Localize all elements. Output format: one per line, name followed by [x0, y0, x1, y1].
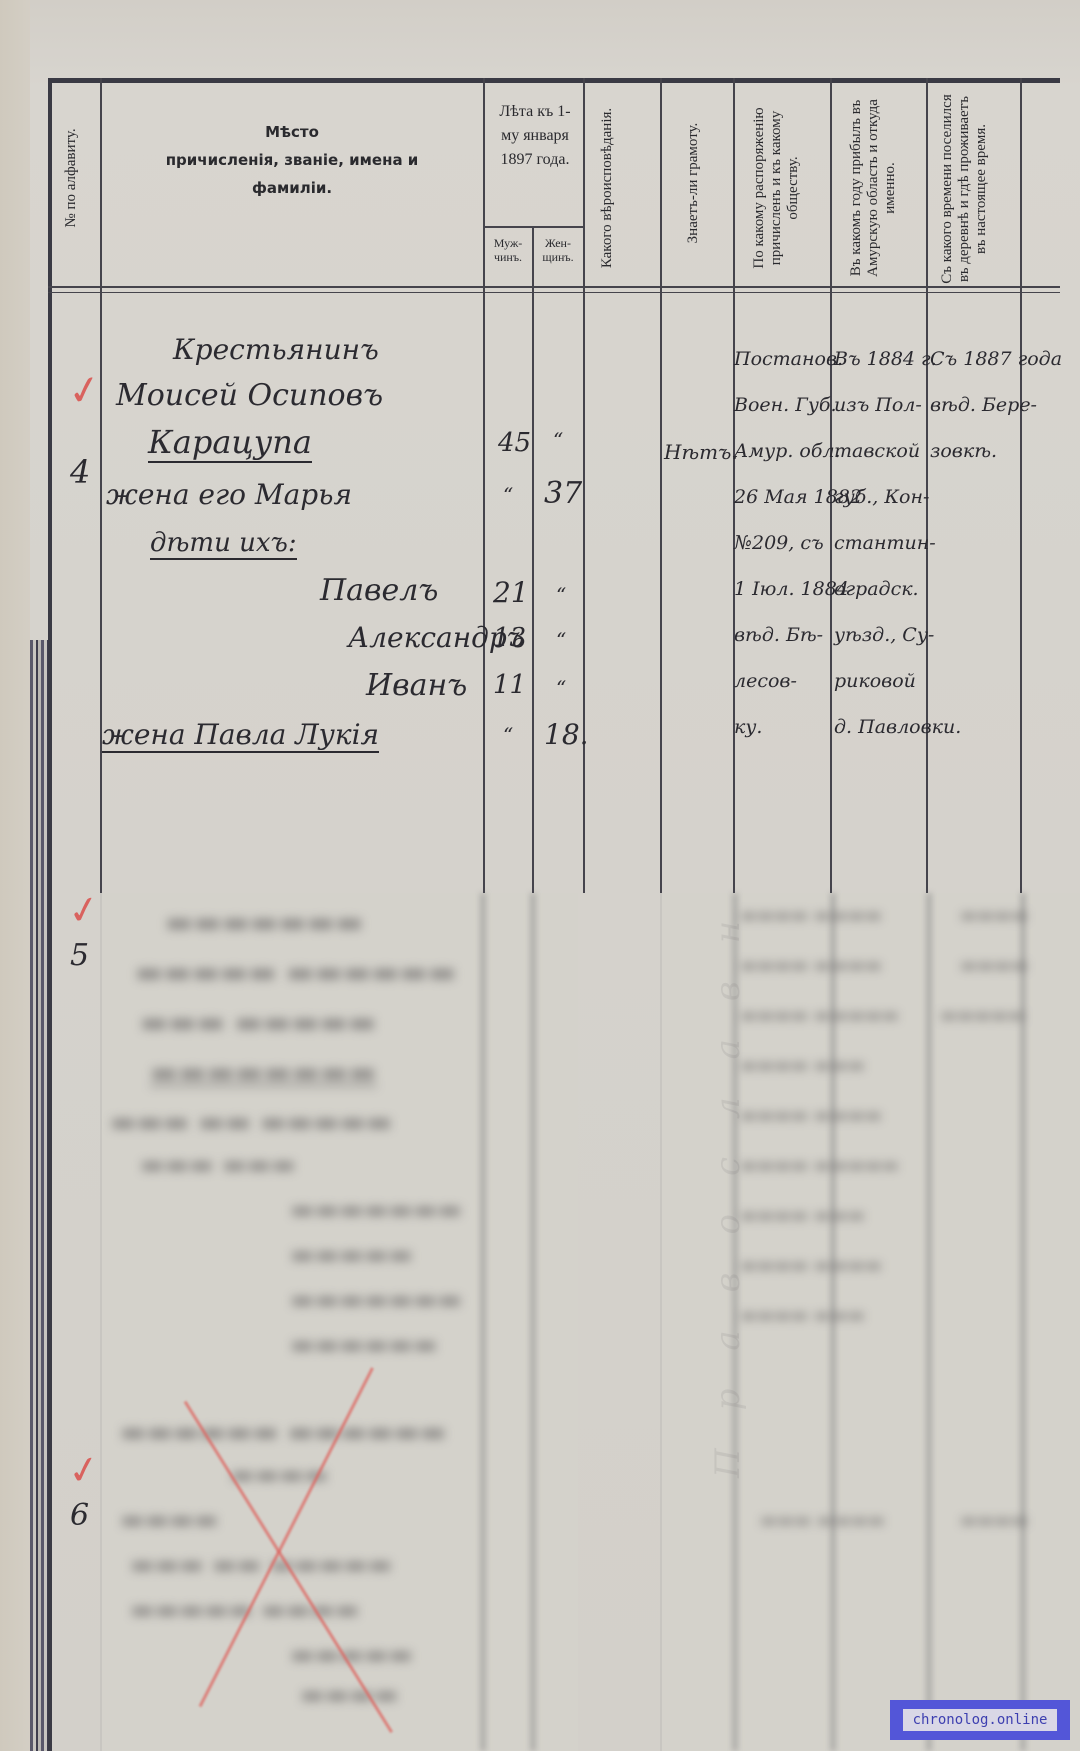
- blurred-text: ▬▬▬▬: [300, 1680, 398, 1710]
- header-number: № по алфавиту.: [63, 98, 83, 258]
- age-female: “: [556, 583, 566, 607]
- age-male: 45: [498, 428, 531, 458]
- order-line: лесов-: [734, 670, 797, 692]
- blurred-text: ▬▬▬▬▬: [940, 1005, 1025, 1026]
- blurred-text: ▬▬▬▬: [120, 1505, 218, 1535]
- age-male: “: [503, 483, 513, 507]
- age-subheader-divider: [483, 226, 583, 228]
- age-male: 21: [493, 576, 529, 609]
- blurred-text: ▬▬▬▬: [960, 1510, 1028, 1531]
- blurred-text: ▬▬▬▬ ▬▬▬▬: [740, 1255, 882, 1276]
- settled-line: зовкѣ.: [930, 440, 997, 462]
- header-age-male: Муж-чинъ.: [485, 236, 531, 264]
- arrival-line: губ., Кон-: [834, 486, 929, 508]
- order-line: Постанов.: [734, 348, 843, 370]
- blurred-text: ▬▬▬▬ ▬▬▬▬: [740, 1105, 882, 1126]
- blurred-divider: [926, 893, 932, 1751]
- settled-line: вѣд. Бере-: [930, 394, 1037, 416]
- entry-number: 4: [70, 453, 90, 491]
- entry-line: жена его Марья: [106, 478, 352, 511]
- blurred-text: ▬▬▬ ▬▬▬▬: [760, 1510, 885, 1531]
- blurred-text: ▬▬▬▬: [960, 905, 1028, 926]
- age-female: “: [553, 428, 563, 452]
- header-bottom-border-2: [48, 292, 1060, 293]
- blurred-text: ▬▬▬▬ ▬▬▬▬▬: [740, 1005, 899, 1026]
- check-mark-entry-5: ✓: [64, 886, 103, 935]
- header-literacy: Знаетъ-ли грамоту.: [685, 88, 705, 278]
- blurred-text: ▬▬▬ ▬▬▬▬▬: [140, 1005, 376, 1040]
- entry-line: Иванъ: [366, 668, 467, 703]
- blurred-text: ▬▬▬▬▬▬ ▬▬▬▬▬▬: [120, 1415, 446, 1448]
- entry-number: 6: [70, 1498, 89, 1533]
- header-religion: Какого вѣроисповѣданія.: [599, 93, 639, 283]
- blurred-text: ▬▬▬▬ ▬▬▬: [740, 1055, 865, 1076]
- entry-surname: Карацупа: [148, 423, 312, 463]
- blurred-divider: [530, 893, 536, 1751]
- header-order: По какому распоряженію причисленъ и къ к…: [751, 93, 811, 283]
- col-divider: [583, 78, 585, 893]
- entry-line: дѣти ихъ:: [150, 528, 297, 560]
- age-female: 18.: [544, 718, 589, 751]
- arrival-line: риковой: [834, 670, 916, 692]
- table-top-border: [48, 78, 1060, 83]
- col-divider: [483, 78, 485, 893]
- watermark-badge: chronolog.online: [890, 1700, 1070, 1740]
- header-place-line1: Мѣсто: [265, 118, 319, 146]
- order-line: ку.: [734, 716, 762, 738]
- age-male: 11: [493, 670, 526, 700]
- age-female: 37: [544, 476, 582, 511]
- arrival-line: тавской: [834, 440, 920, 462]
- col-divider: [1020, 78, 1022, 893]
- blurred-text: ▬▬▬▬▬▬▬▬: [150, 1055, 377, 1090]
- settled-line: Съ 1887 года: [930, 348, 1062, 370]
- table-left-border: [48, 78, 52, 1751]
- blurred-divider: [480, 893, 486, 1751]
- order-line: 1 Iюл. 1884: [734, 578, 849, 600]
- blurred-text: ▬▬▬▬▬▬▬: [165, 905, 363, 940]
- arrival-line: изъ Пол-: [834, 394, 922, 416]
- entry-line: Павелъ: [320, 573, 438, 608]
- blurred-text: ▬▬▬▬ ▬▬▬: [740, 1205, 865, 1226]
- blurred-text: ▬▬▬▬▬▬▬: [290, 1285, 462, 1315]
- blurred-divider: [732, 893, 738, 1751]
- blurred-text: ▬▬▬▬▬: [290, 1240, 413, 1270]
- entry-line: Моисей Осиповъ: [116, 378, 383, 413]
- literacy-value: Нѣтъ.: [664, 440, 738, 464]
- order-line: Амур. обл.: [734, 440, 841, 462]
- arrival-line: уѣзд., Су-: [834, 624, 934, 646]
- col-divider: [532, 226, 534, 893]
- header-place-line3: фамиліи.: [252, 174, 332, 202]
- arrival-line: д. Павловки.: [834, 716, 961, 738]
- blurred-text: ▬▬▬▬ ▬▬▬▬: [740, 905, 882, 926]
- header-age-female: Жен-щинъ.: [535, 236, 581, 264]
- check-mark-entry-6: ✓: [64, 1446, 103, 1495]
- header-arrival: Въ какомъ году прибылъ въ Амурскую облас…: [848, 93, 908, 283]
- header-place: Мѣсто причисленія, званіе, имена и фамил…: [102, 118, 482, 202]
- age-male: 13: [493, 623, 526, 653]
- age-male: “: [503, 723, 513, 747]
- order-line: №209, съ: [734, 532, 824, 554]
- header-place-line2: причисленія, званіе, имена и: [166, 146, 419, 174]
- order-line: Воен. Губ.: [734, 394, 836, 416]
- blurred-text: ▬▬▬ ▬▬ ▬▬▬▬▬: [130, 1550, 392, 1580]
- header-bottom-border: [48, 286, 1060, 288]
- arrival-line: оградск.: [834, 578, 919, 600]
- entry-line: жена Павла Лукія: [102, 718, 379, 753]
- age-female: “: [556, 628, 566, 652]
- blurred-text: ▬▬▬▬▬▬: [290, 1330, 437, 1360]
- blurred-text: ▬▬▬▬ ▬▬▬: [740, 1305, 865, 1326]
- blurred-text: ▬▬▬▬▬ ▬▬▬▬▬▬: [135, 955, 456, 990]
- book-binding: [30, 640, 50, 1751]
- blurred-text: ▬▬▬▬ ▬▬▬▬: [740, 955, 882, 976]
- blurred-text: ▬▬▬▬: [960, 955, 1028, 976]
- header-age: Лѣта къ 1-му января 1897 года.: [493, 100, 577, 172]
- blurred-text: ▬▬▬ ▬▬ ▬▬▬▬▬: [110, 1105, 392, 1138]
- blurred-text: ▬▬▬▬▬▬▬: [290, 1195, 462, 1225]
- age-female: “: [556, 676, 566, 700]
- watermark-text: chronolog.online: [903, 1709, 1058, 1731]
- arrival-line: Въ 1884 г.: [834, 348, 937, 370]
- entry-number: 5: [70, 938, 89, 973]
- header-settled: Съ какого времени поселился въ деревнѣ и…: [939, 89, 1017, 289]
- order-line: вѣд. Бѣ-: [734, 624, 823, 646]
- entry-line: Крестьянинъ: [173, 333, 379, 366]
- blurred-text: ▬▬▬ ▬▬▬: [140, 1150, 296, 1180]
- arrival-line: стантин-: [834, 532, 936, 554]
- blurred-text: ▬▬▬▬ ▬▬▬▬▬: [740, 1155, 899, 1176]
